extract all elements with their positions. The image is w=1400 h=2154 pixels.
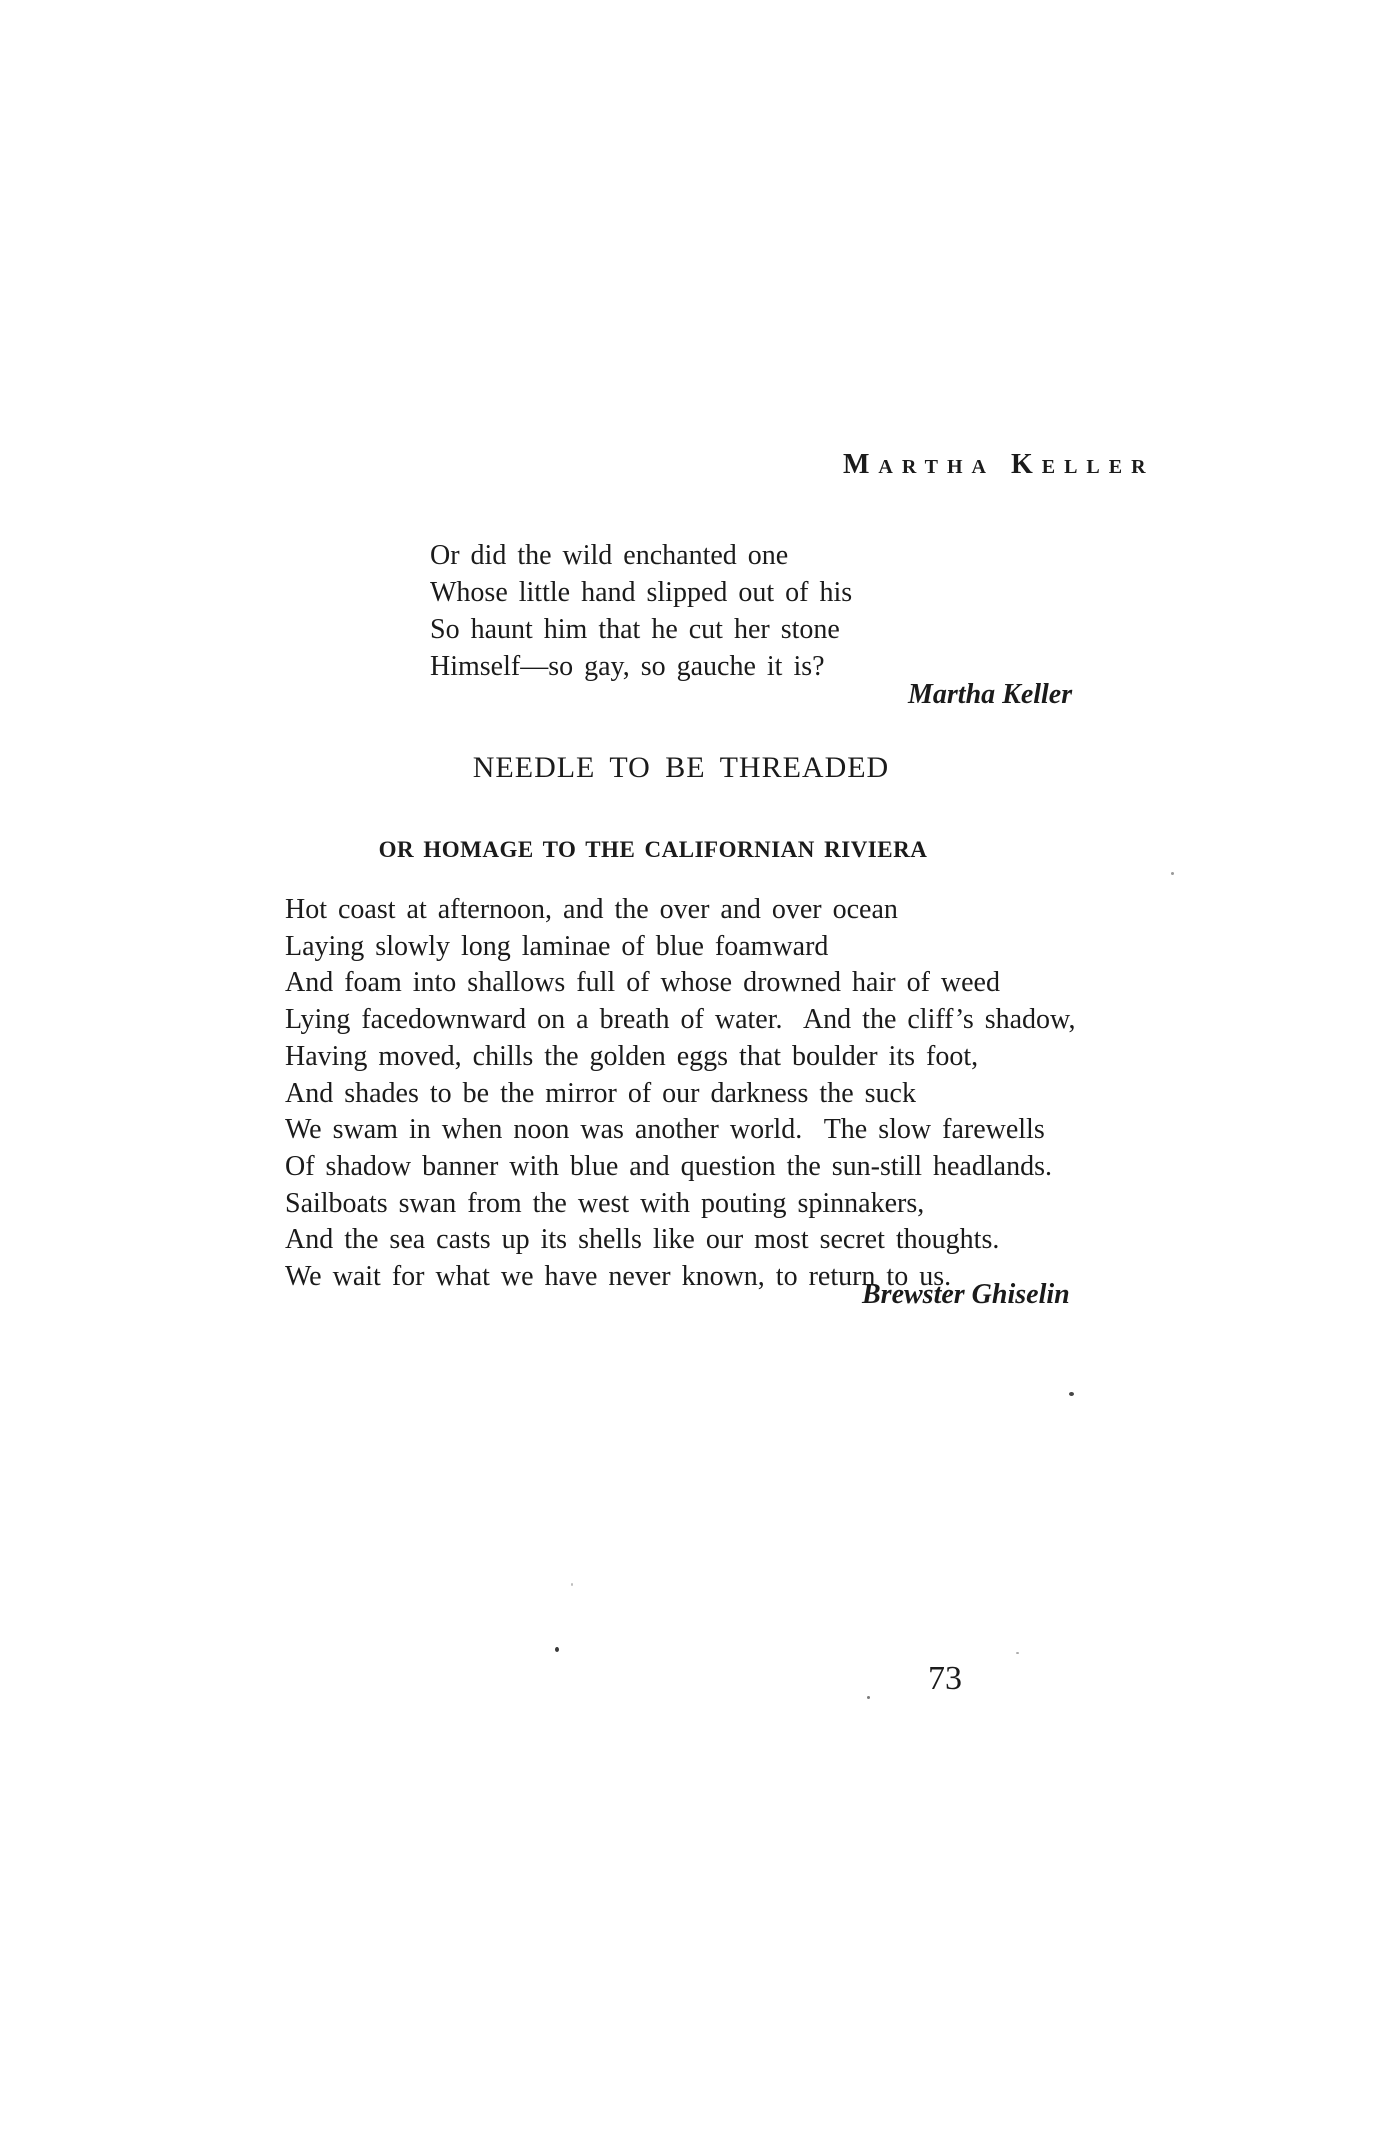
- ink-speck: [555, 1647, 559, 1652]
- poem-title-row: NEEDLE TO BE THREADED: [0, 753, 1362, 783]
- fragment-attribution-martha-keller: Martha Keller: [908, 681, 1072, 709]
- poem-subtitle: OR HOMAGE TO THE CALIFORNIAN RIVIERA: [379, 838, 928, 861]
- book-page: Martha Keller Or did the wild enchanted …: [0, 0, 1400, 2154]
- running-header: Martha Keller: [843, 448, 1155, 482]
- ink-speck: [1069, 1392, 1074, 1396]
- poem-body: Hot coast at afternoon, and the over and…: [285, 892, 1185, 1296]
- poem-subtitle-row: OR HOMAGE TO THE CALIFORNIAN RIVIERA: [0, 838, 1306, 862]
- poem-attribution-brewster-ghiselin: Brewster Ghiselin: [862, 1281, 1070, 1309]
- ink-speck: [1171, 872, 1174, 875]
- page-number: 73: [928, 1662, 962, 1696]
- ink-speck: [867, 1696, 870, 1699]
- ink-speck: [571, 1583, 573, 1586]
- ink-speck: [1016, 1652, 1019, 1654]
- poem-fragment-stanza: Or did the wild enchanted one Whose litt…: [430, 537, 852, 685]
- poem-title: NEEDLE TO BE THREADED: [473, 753, 889, 783]
